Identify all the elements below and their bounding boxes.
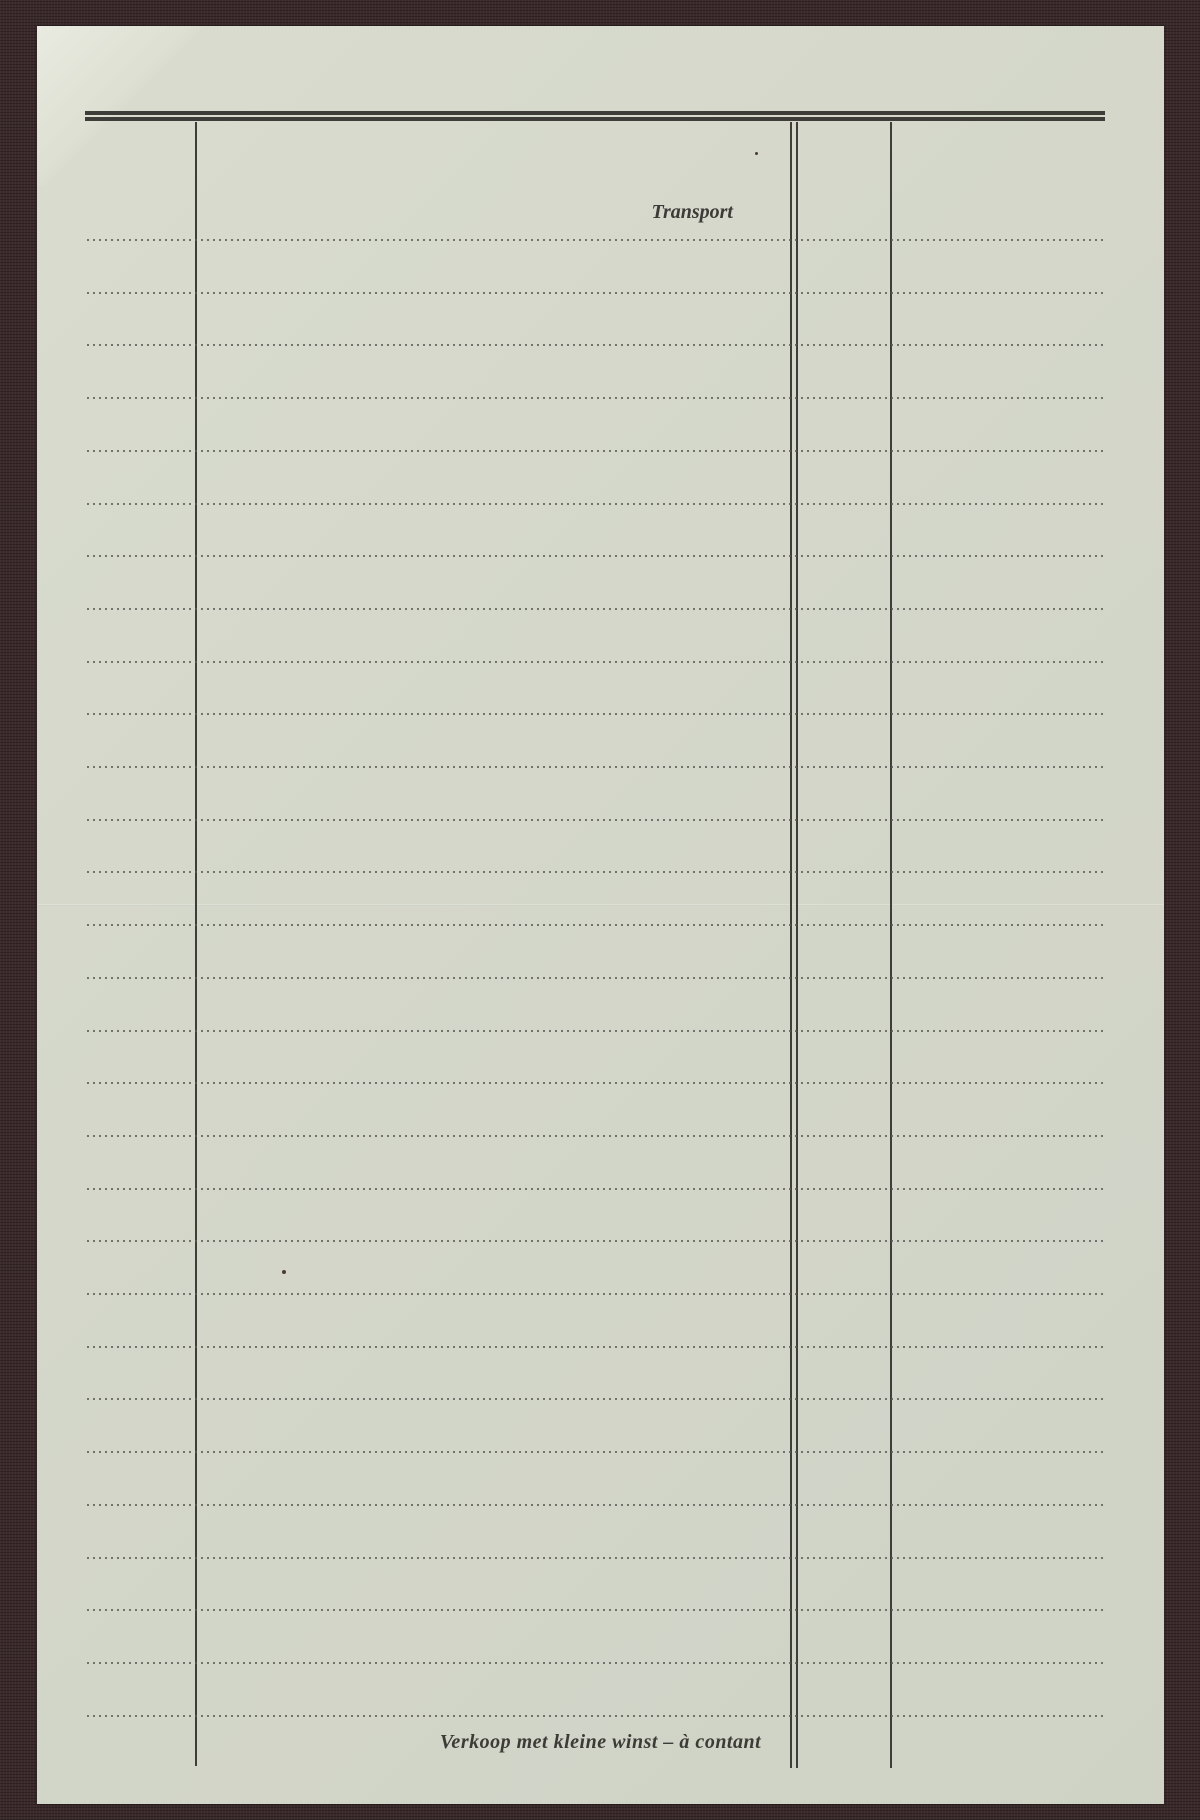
ruled-line xyxy=(85,450,1105,452)
ruled-line xyxy=(85,713,1105,715)
ruled-line xyxy=(85,1082,1105,1084)
ruled-line xyxy=(85,608,1105,610)
ruled-line xyxy=(85,1662,1105,1664)
ruled-line xyxy=(85,1609,1105,1611)
ruled-line xyxy=(85,1451,1105,1453)
amount-column-line-b xyxy=(796,122,798,1768)
paper-speck xyxy=(755,152,758,155)
paper-speck xyxy=(282,1270,286,1274)
ruled-line xyxy=(85,397,1105,399)
paper-corner-crease xyxy=(37,26,217,186)
ruled-line xyxy=(85,1188,1105,1190)
ruled-line xyxy=(85,766,1105,768)
paper-fold-crease xyxy=(37,904,1164,906)
amount-column-line-a xyxy=(790,122,792,1768)
ruled-line xyxy=(85,661,1105,663)
ruled-line xyxy=(85,1293,1105,1295)
header-double-rule-top xyxy=(85,111,1105,115)
ruled-line xyxy=(85,977,1105,979)
ruled-line xyxy=(85,555,1105,557)
transport-label: Transport xyxy=(651,201,733,224)
ruled-line xyxy=(85,1557,1105,1559)
ruled-line xyxy=(85,1346,1105,1348)
footer-slogan: Verkoop met kleine winst – à contant xyxy=(37,1731,1164,1754)
ruled-line xyxy=(85,503,1105,505)
cents-column-line xyxy=(890,122,892,1768)
ruled-line xyxy=(85,239,1105,241)
ruled-line xyxy=(85,1240,1105,1242)
ruled-line xyxy=(85,344,1105,346)
left-margin-column-line xyxy=(195,122,197,1766)
ruled-line xyxy=(85,1135,1105,1137)
ruled-line xyxy=(85,871,1105,873)
header-double-rule-bottom xyxy=(85,117,1105,121)
ruled-line xyxy=(85,1398,1105,1400)
ruled-line xyxy=(85,292,1105,294)
ruled-line xyxy=(85,1504,1105,1506)
ruled-line xyxy=(85,819,1105,821)
ruled-line xyxy=(85,924,1105,926)
invoice-sheet: Transport Verkoop met kleine winst – à c… xyxy=(37,26,1164,1804)
ruled-line xyxy=(85,1030,1105,1032)
ruled-line xyxy=(85,1715,1105,1717)
